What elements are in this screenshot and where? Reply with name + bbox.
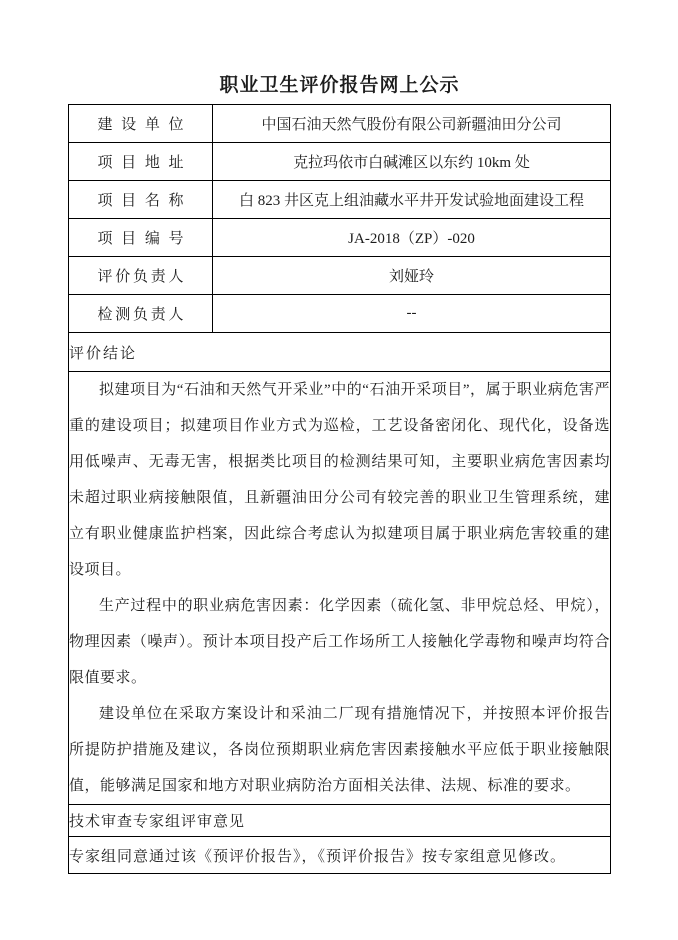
row-label-text: 建设单位 xyxy=(98,113,184,134)
table-row-project-address: 项目地址 克拉玛依市白碱滩区以东约 10km 处 xyxy=(69,143,611,181)
row-value: JA-2018（ZP）-020 xyxy=(213,219,611,257)
table-row-evaluation-leader: 评价负责人 刘娅玲 xyxy=(69,257,611,295)
table-row-project-name: 项目名称 白 823 井区克上组油藏水平井开发试验地面建设工程 xyxy=(69,181,611,219)
row-label: 项目编号 xyxy=(69,219,213,257)
row-label: 建设单位 xyxy=(69,105,213,143)
table-row-review-header: 技术审查专家组评审意见 xyxy=(69,805,611,837)
row-label: 项目名称 xyxy=(69,181,213,219)
row-label-text: 项目编号 xyxy=(98,227,184,248)
table-row-conclusion-body: 拟建项目为“石油和天然气开采业”中的“石油开采项目”，属于职业病危害严重的建设项… xyxy=(69,372,611,805)
row-label: 评价负责人 xyxy=(69,257,213,295)
row-value: 刘娅玲 xyxy=(213,257,611,295)
row-value: 中国石油天然气股份有限公司新疆油田分公司 xyxy=(213,105,611,143)
table-row-conclusion-header: 评价结论 xyxy=(69,333,611,372)
report-table: 建设单位 中国石油天然气股份有限公司新疆油田分公司 项目地址 克拉玛依市白碱滩区… xyxy=(68,104,611,874)
table-row-project-number: 项目编号 JA-2018（ZP）-020 xyxy=(69,219,611,257)
row-label: 项目地址 xyxy=(69,143,213,181)
document-page: 职业卫生评价报告网上公示 建设单位 中国石油天然气股份有限公司新疆油田分公司 项… xyxy=(0,0,678,940)
conclusion-paragraph: 拟建项目为“石油和天然气开采业”中的“石油开采项目”，属于职业病危害严重的建设项… xyxy=(69,372,610,588)
review-content: 专家组同意通过该《预评价报告》，《预评价报告》按专家组意见修改。 xyxy=(69,837,611,874)
row-label-text: 项目地址 xyxy=(98,151,184,172)
row-value: 克拉玛依市白碱滩区以东约 10km 处 xyxy=(213,143,611,181)
conclusion-header: 评价结论 xyxy=(69,333,611,372)
table-row-review-content: 专家组同意通过该《预评价报告》，《预评价报告》按专家组意见修改。 xyxy=(69,837,611,874)
page-title: 职业卫生评价报告网上公示 xyxy=(68,70,611,97)
row-label-text: 项目名称 xyxy=(98,189,184,210)
conclusion-paragraph: 生产过程中的职业病危害因素：化学因素（硫化氢、非甲烷总烃、甲烷），物理因素（噪声… xyxy=(69,588,610,696)
review-header: 技术审查专家组评审意见 xyxy=(69,805,611,837)
table-row-testing-leader: 检测负责人 -- xyxy=(69,295,611,333)
row-value: -- xyxy=(213,295,611,333)
table-row-construction-unit: 建设单位 中国石油天然气股份有限公司新疆油田分公司 xyxy=(69,105,611,143)
row-label-text: 评价负责人 xyxy=(98,265,184,286)
conclusion-body: 拟建项目为“石油和天然气开采业”中的“石油开采项目”，属于职业病危害严重的建设项… xyxy=(69,372,611,805)
row-value: 白 823 井区克上组油藏水平井开发试验地面建设工程 xyxy=(213,181,611,219)
conclusion-paragraph: 建设单位在采取方案设计和采油二厂现有措施情况下，并按照本评价报告所提防护措施及建… xyxy=(69,696,610,804)
row-label: 检测负责人 xyxy=(69,295,213,333)
row-label-text: 检测负责人 xyxy=(98,303,184,324)
